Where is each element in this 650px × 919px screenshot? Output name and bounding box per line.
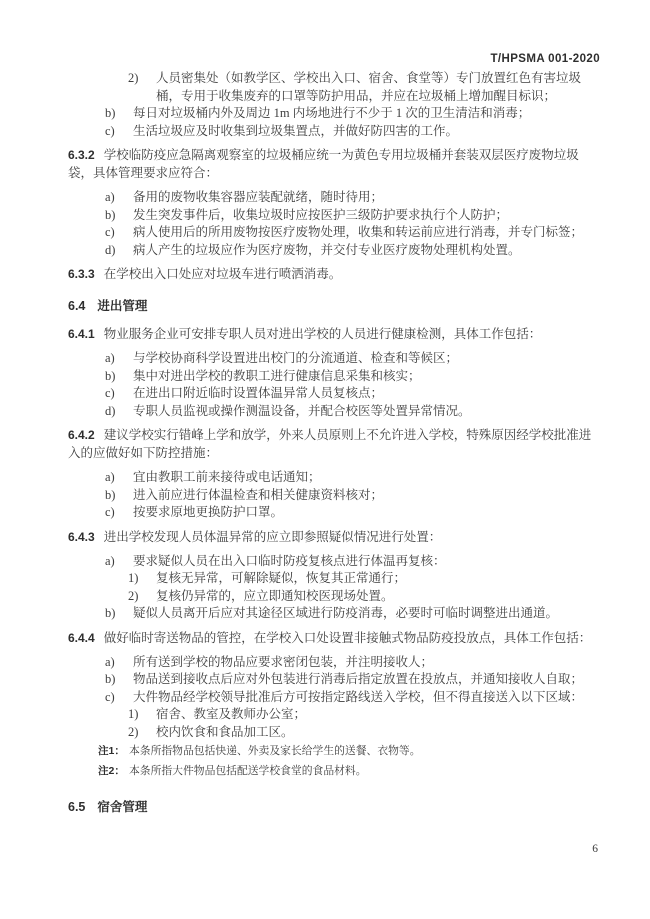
- list-item: 2) 人员密集处（如教学区、学校出入口、宿舍、食堂等）专门放置红色有害垃圾桶，专…: [68, 70, 601, 105]
- section-number: 6.4: [68, 299, 85, 313]
- list-item-text: 物品送到接收点后应对外包装进行消毒后指定放置在投放点，并通知接收人自取；: [133, 671, 583, 689]
- list-marker: a): [105, 469, 133, 487]
- list-marker: d): [105, 403, 133, 421]
- list-item-text: 所有送到学校的物品应要求密闭包装，并注明接收人；: [133, 654, 433, 672]
- list-marker: c): [105, 123, 133, 141]
- list-marker: b): [105, 487, 133, 505]
- list-item: a) 要求疑似人员在出入口临时防疫复核点进行体温再复核：: [68, 553, 601, 571]
- section-number: 6.5: [68, 800, 85, 814]
- list-item-text: 宜由教职工前来接待或电话通知；: [133, 469, 321, 487]
- list-item: a) 宜由教职工前来接待或电话通知；: [68, 469, 601, 487]
- clause-number: 6.4.4: [68, 631, 95, 645]
- list-marker: c): [105, 689, 133, 707]
- list-marker: 2): [128, 724, 156, 742]
- section-heading: 6.4进出管理: [68, 296, 601, 314]
- doc-code: T/HPSMA 001-2020: [490, 53, 600, 65]
- section-heading: 6.5宿舍管理: [68, 797, 601, 815]
- list-item-text: 与学校协商科学设置进出校门的分流通道、检查和等候区；: [133, 350, 458, 368]
- list-marker: c): [105, 504, 133, 522]
- list-item: a) 与学校协商科学设置进出校门的分流通道、检查和等候区；: [68, 350, 601, 368]
- list-item-text: 复核仍异常的，应立即通知校医现场处置。: [156, 588, 394, 606]
- list-marker: a): [105, 350, 133, 368]
- list-marker: b): [105, 105, 133, 123]
- note-label: 注1：: [98, 741, 129, 761]
- clause-text: 建议学校实行错峰上学和放学，外来人员原则上不允许进入学校，特殊原因经学校批准进入…: [68, 428, 591, 460]
- list-marker: a): [105, 553, 133, 571]
- list-marker: a): [105, 654, 133, 672]
- list-item: 1) 复核无异常，可解除疑似，恢复其正常通行；: [68, 570, 601, 588]
- list-item: b) 疑似人员离开后应对其途径区域进行防疫消毒，必要时可临时调整进出通道。: [68, 605, 601, 623]
- list-item: 2) 复核仍异常的，应立即通知校医现场处置。: [68, 588, 601, 606]
- list-item-text: 备用的废物收集容器应装配就绪，随时待用；: [133, 189, 383, 207]
- list-item-text: 要求疑似人员在出入口临时防疫复核点进行体温再复核：: [133, 553, 446, 571]
- list-marker: a): [105, 189, 133, 207]
- list-item: c) 按要求原地更换防护口罩。: [68, 504, 601, 522]
- list-item-text: 集中对进出学校的教职工进行健康信息采集和核实；: [133, 368, 421, 386]
- clause: 6.3.2学校临防疫应急隔离观察室的垃圾桶应统一为黄色专用垃圾桶并套装双层医疗废…: [68, 146, 601, 182]
- list-item-text: 病人使用后的所用废物按医疗废物处理，收集和转运前应进行消毒，并专门标签；: [133, 224, 583, 242]
- note: 注1： 本条所指物品包括快递、外卖及家长给学生的送餐、衣物等。: [68, 741, 601, 761]
- list-item: b) 集中对进出学校的教职工进行健康信息采集和核实；: [68, 368, 601, 386]
- clause-number: 6.3.2: [68, 148, 95, 162]
- clause-text: 物业服务企业可安排专职人员对进出学校的人员进行健康检测，具体工作包括：: [104, 327, 542, 341]
- list-item-text: 发生突发事件后，收集垃圾时应按医护三级防护要求执行个人防护；: [133, 207, 508, 225]
- list-marker: b): [105, 207, 133, 225]
- list-marker: d): [105, 242, 133, 260]
- list-item: d) 病人产生的垃圾应作为医疗废物，并交付专业医疗废物处理机构处置。: [68, 242, 601, 260]
- list-item: c) 病人使用后的所用废物按医疗废物处理，收集和转运前应进行消毒，并专门标签；: [68, 224, 601, 242]
- clause: 6.4.3进出学校发现人员体温异常的应立即参照疑似情况进行处置：: [68, 528, 601, 546]
- list-item-text: 宿舍、教室及教师办公室；: [156, 706, 306, 724]
- list-item-text: 大件物品经学校领导批准后方可按指定路线送入学校，但不得直接送入以下区域：: [133, 689, 583, 707]
- list-item: b) 进入前应进行体温检查和相关健康资料核对；: [68, 487, 601, 505]
- clause-text: 在学校出入口处应对垃圾车进行喷洒消毒。: [104, 267, 342, 281]
- clause-number: 6.4.3: [68, 530, 95, 544]
- list-item-text: 校内饮食和食品加工区。: [156, 724, 294, 742]
- list-item-text: 按要求原地更换防护口罩。: [133, 504, 283, 522]
- list-item: c) 生活垃圾应及时收集到垃圾集置点，并做好防四害的工作。: [68, 123, 601, 141]
- clause-number: 6.3.3: [68, 267, 95, 281]
- list-item-text: 复核无异常，可解除疑似，恢复其正常通行；: [156, 570, 406, 588]
- list-item-text: 疑似人员离开后应对其途径区域进行防疫消毒，必要时可临时调整进出通道。: [133, 605, 558, 623]
- clause: 6.4.2建议学校实行错峰上学和放学，外来人员原则上不允许进入学校，特殊原因经学…: [68, 426, 601, 462]
- list-item-text: 生活垃圾应及时收集到垃圾集置点，并做好防四害的工作。: [133, 123, 458, 141]
- clause: 6.4.4做好临时寄送物品的管控，在学校入口处设置非接触式物品防疫投放点，具体工…: [68, 629, 601, 647]
- section-title: 进出管理: [97, 299, 147, 313]
- list-marker: c): [105, 385, 133, 403]
- list-item-text: 在进出口附近临时设置体温异常人员复核点；: [133, 385, 383, 403]
- list-item-text: 每日对垃圾桶内外及周边 1m 内场地进行不少于 1 次的卫生清洁和消毒；: [133, 105, 530, 123]
- list-item: a) 备用的废物收集容器应装配就绪，随时待用；: [68, 189, 601, 207]
- list-marker: 1): [128, 570, 156, 588]
- list-item-text: 病人产生的垃圾应作为医疗废物，并交付专业医疗废物处理机构处置。: [133, 242, 521, 260]
- list-marker: c): [105, 224, 133, 242]
- note-text: 本条所指物品包括快递、外卖及家长给学生的送餐、衣物等。: [129, 741, 421, 761]
- list-item: c) 在进出口附近临时设置体温异常人员复核点；: [68, 385, 601, 403]
- list-item: 2) 校内饮食和食品加工区。: [68, 724, 601, 742]
- clause-number: 6.4.1: [68, 327, 95, 341]
- list-marker: b): [105, 605, 133, 623]
- page-number: 6: [592, 843, 598, 855]
- list-marker: b): [105, 368, 133, 386]
- clause-text: 学校临防疫应急隔离观察室的垃圾桶应统一为黄色专用垃圾桶并套装双层医疗废物垃圾袋，…: [68, 148, 579, 180]
- list-item: d) 专职人员监视或操作测温设备，并配合校医等处置异常情况。: [68, 403, 601, 421]
- list-marker: b): [105, 671, 133, 689]
- list-marker: 1): [128, 706, 156, 724]
- list-item-text: 进入前应进行体温检查和相关健康资料核对；: [133, 487, 383, 505]
- list-item-text: 人员密集处（如教学区、学校出入口、宿舍、食堂等）专门放置红色有害垃圾桶，专用于收…: [156, 70, 601, 105]
- clause: 6.3.3在学校出入口处应对垃圾车进行喷洒消毒。: [68, 265, 601, 283]
- note-label: 注2：: [98, 761, 129, 781]
- section-title: 宿舍管理: [97, 800, 147, 814]
- list-marker: 2): [128, 588, 156, 606]
- list-item: b) 发生突发事件后，收集垃圾时应按医护三级防护要求执行个人防护；: [68, 207, 601, 225]
- note-text: 本条所指大件物品包括配送学校食堂的食品材料。: [129, 761, 367, 781]
- clause-text: 进出学校发现人员体温异常的应立即参照疑似情况进行处置：: [104, 530, 442, 544]
- list-item: b) 物品送到接收点后应对外包装进行消毒后指定放置在投放点，并通知接收人自取；: [68, 671, 601, 689]
- list-marker: 2): [128, 70, 156, 105]
- list-item: c) 大件物品经学校领导批准后方可按指定路线送入学校，但不得直接送入以下区域：: [68, 689, 601, 707]
- clause: 6.4.1物业服务企业可安排专职人员对进出学校的人员进行健康检测，具体工作包括：: [68, 325, 601, 343]
- list-item: a) 所有送到学校的物品应要求密闭包装，并注明接收人；: [68, 654, 601, 672]
- list-item: 1) 宿舍、教室及教师办公室；: [68, 706, 601, 724]
- list-item-text: 专职人员监视或操作测温设备，并配合校医等处置异常情况。: [133, 403, 471, 421]
- clause-number: 6.4.2: [68, 428, 95, 442]
- clause-text: 做好临时寄送物品的管控，在学校入口处设置非接触式物品防疫投放点，具体工作包括：: [104, 631, 592, 645]
- note: 注2： 本条所指大件物品包括配送学校食堂的食品材料。: [68, 761, 601, 781]
- document-body: 2) 人员密集处（如教学区、学校出入口、宿舍、食堂等）专门放置红色有害垃圾桶，专…: [68, 70, 601, 826]
- document-page: T/HPSMA 001-2020 2) 人员密集处（如教学区、学校出入口、宿舍、…: [0, 0, 650, 919]
- list-item: b) 每日对垃圾桶内外及周边 1m 内场地进行不少于 1 次的卫生清洁和消毒；: [68, 105, 601, 123]
